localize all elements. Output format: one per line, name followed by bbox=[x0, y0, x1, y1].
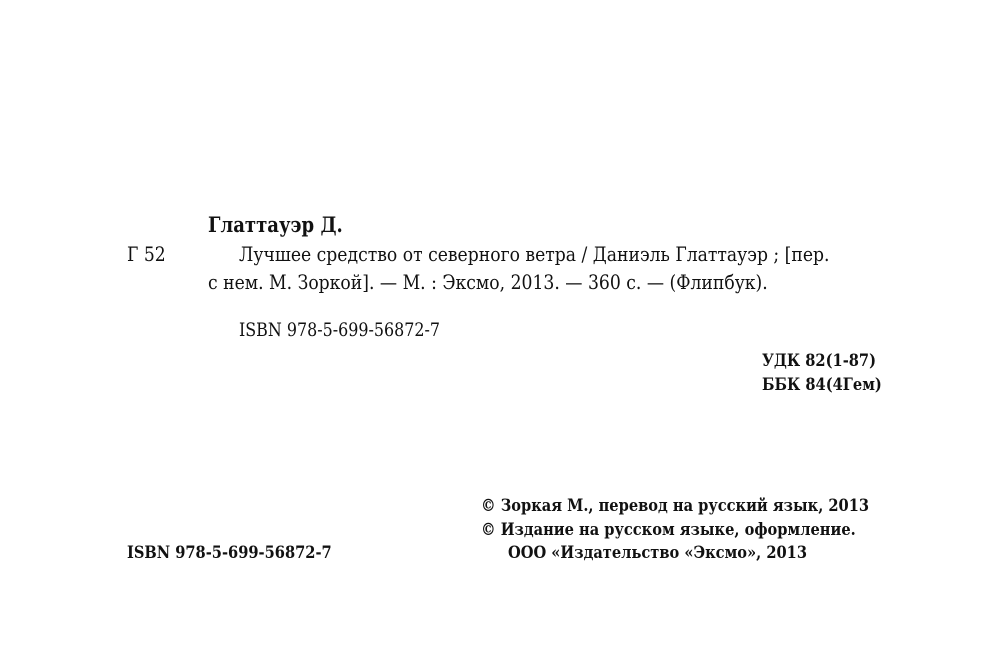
copyright-translation: © Зоркая М., перевод на русский язык, 20… bbox=[481, 496, 869, 516]
bibliographic-description-line-1: Лучшее средство от северного ветра / Дан… bbox=[239, 242, 830, 266]
card-isbn: ISBN 978-5-699-56872-7 bbox=[239, 320, 440, 341]
copyright-edition: © Издание на русском языке, оформление. bbox=[481, 520, 856, 540]
author-heading: Глаттауэр Д. bbox=[208, 212, 343, 237]
udk-code: УДК 82(1-87) bbox=[762, 351, 876, 371]
bibliographic-description-line-2: с нем. М. Зоркой]. — М. : Эксмо, 2013. —… bbox=[208, 270, 768, 294]
call-number: Г 52 bbox=[127, 242, 166, 266]
copyright-publisher: ООО «Издательство «Эксмо», 2013 bbox=[508, 543, 807, 563]
bbk-code: ББК 84(4Гем) bbox=[762, 375, 882, 395]
footer-isbn: ISBN 978-5-699-56872-7 bbox=[127, 543, 332, 563]
